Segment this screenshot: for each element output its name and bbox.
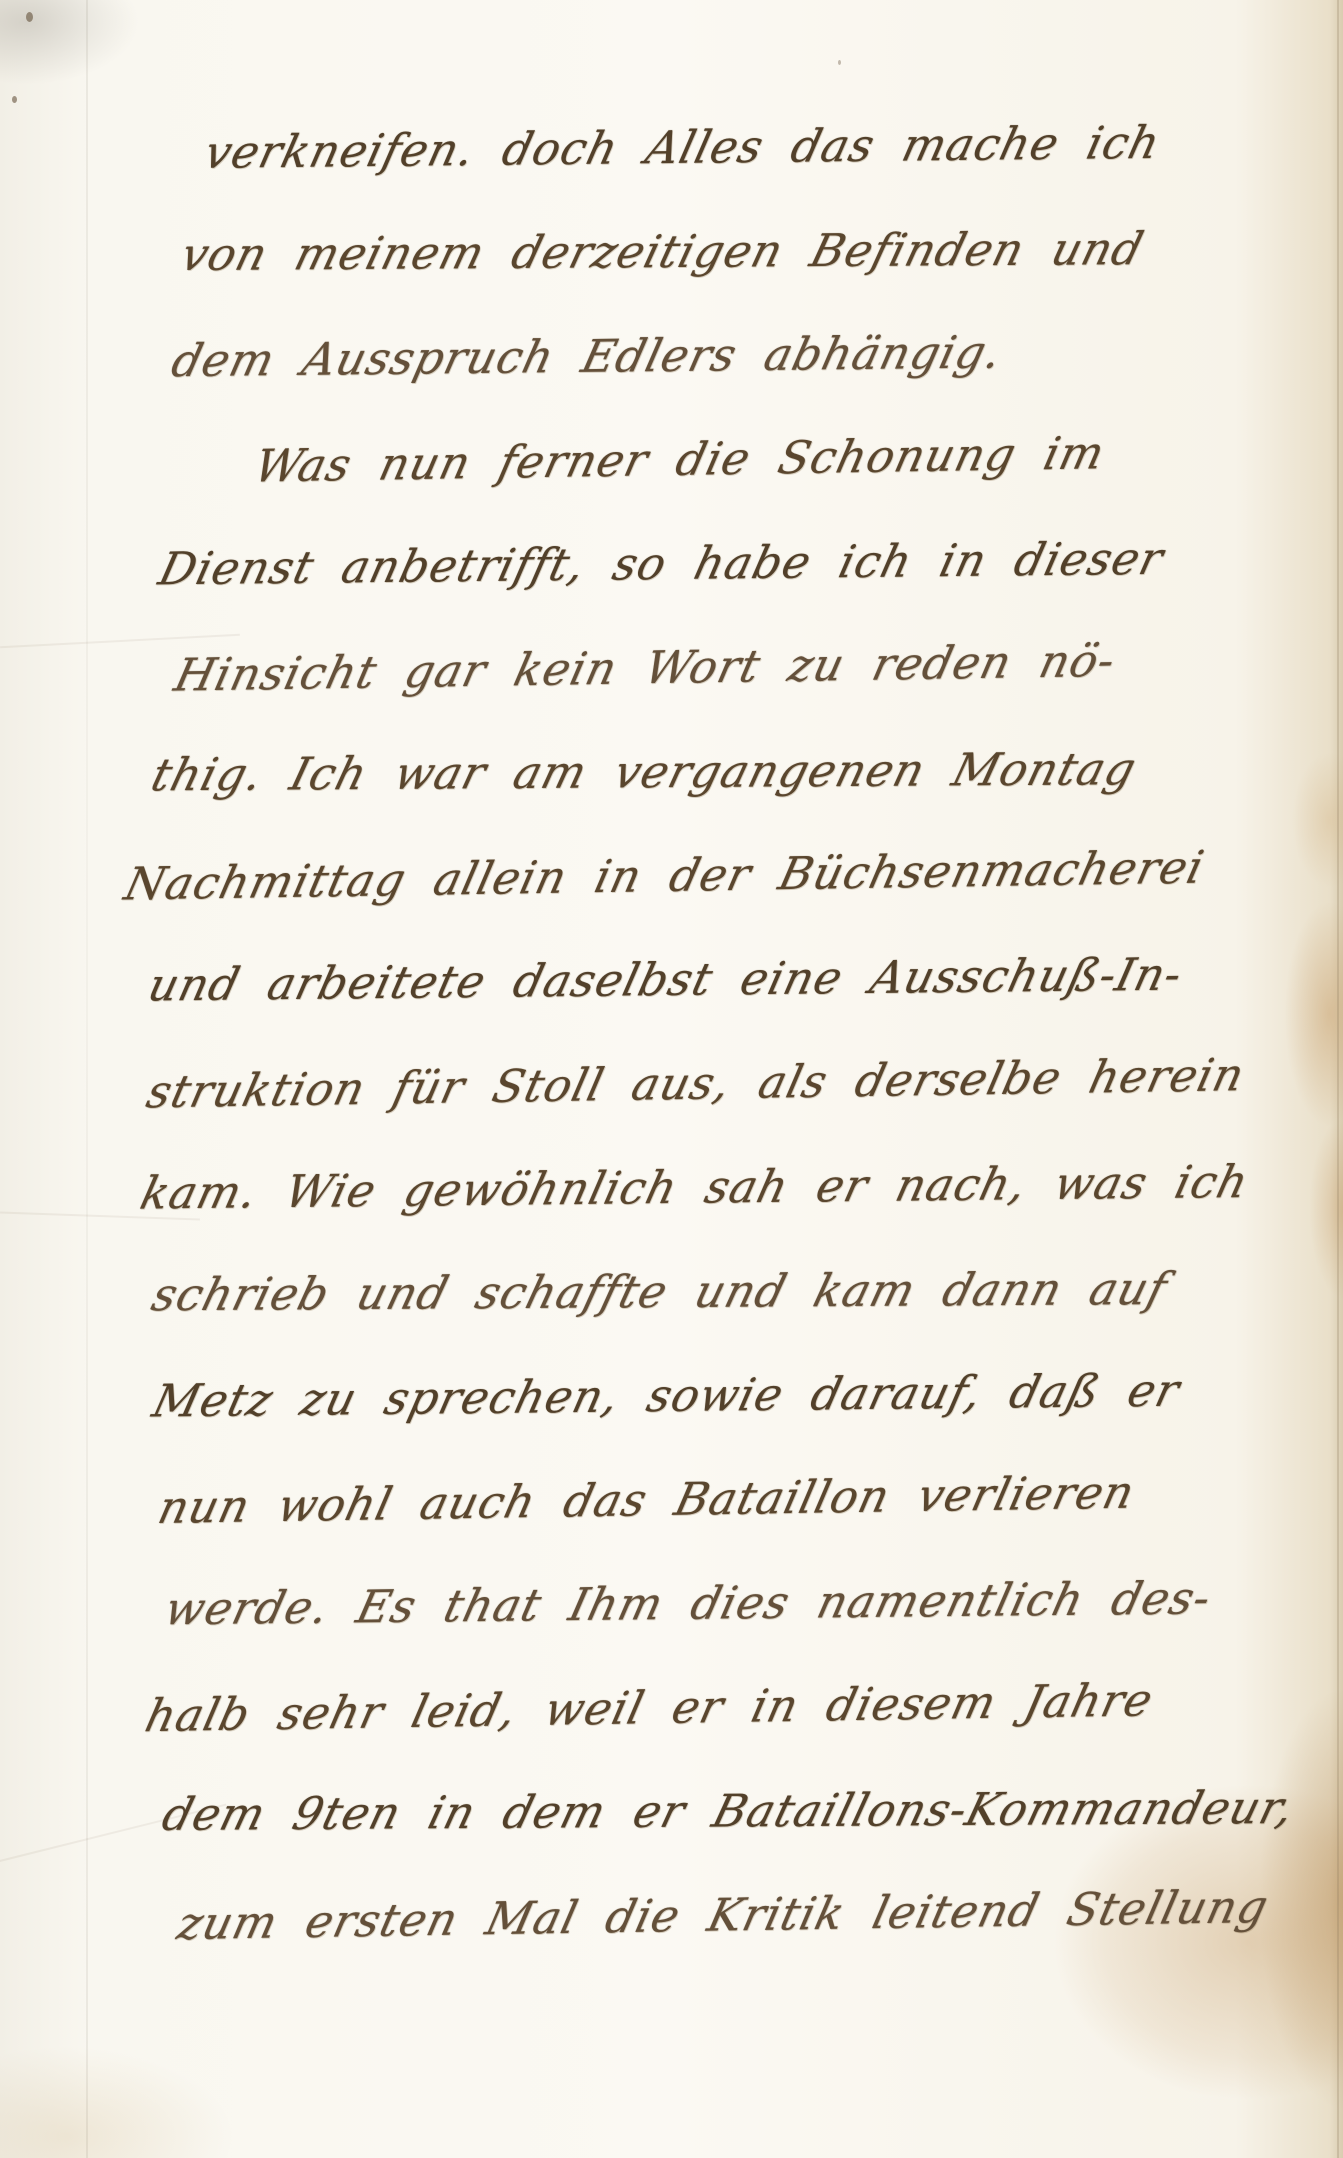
handwritten-line: halb sehr leid, weil er in diesem Jahre [147, 1649, 1343, 1766]
handwritten-line: zum ersten Mal die Kritik leitend Stellu… [179, 1857, 1343, 1973]
handwritten-line: Dienst anbetrifft, so habe ich in dieser [160, 505, 1339, 621]
handwritten-line: werde. Es that Ihm dies namentlich des- [165, 1545, 1343, 1661]
handwritten-line: und arbeitete daselbst eine Ausschuß-In- [149, 921, 1343, 1037]
handwritten-text-block: verkneifen. doch Alles das mache ich von… [0, 89, 1343, 1975]
ink-speck [26, 12, 33, 22]
ink-speck [838, 60, 841, 65]
handwritten-line: dem 9ten in dem er Bataillons-Kommandeur… [163, 1753, 1343, 1869]
handwritten-line: Nachmittag allein in der Büchsenmacherei [126, 817, 1342, 934]
handwritten-line: schrieb und schaffte und kam dann auf [152, 1233, 1343, 1349]
handwritten-line: nun wohl auch das Bataillon verlieren [159, 1441, 1343, 1557]
handwritten-line: thig. Ich war am vergangenen Montag [152, 713, 1341, 829]
handwritten-line: Metz zu sprechen, sowie darauf, daß er [153, 1337, 1343, 1453]
letter-page: verkneifen. doch Alles das mache ich von… [0, 0, 1343, 2158]
handwritten-line: Hinsicht gar kein Wort zu reden nö- [176, 609, 1340, 725]
handwritten-line: Was nun ferner die Schonung im [255, 401, 1337, 516]
handwritten-line: struktion für Stoll aus, als derselbe he… [148, 1025, 1343, 1142]
handwritten-line: dem Ausspruch Edlers abhängig. [172, 297, 1336, 413]
handwritten-line: verkneifen. doch Alles das mache ich [205, 89, 1334, 205]
handwritten-line: kam. Wie gewöhnlich sah er nach, was ich [141, 1129, 1343, 1246]
handwritten-line: von meinem derzeitigen Befinden und [181, 193, 1335, 309]
